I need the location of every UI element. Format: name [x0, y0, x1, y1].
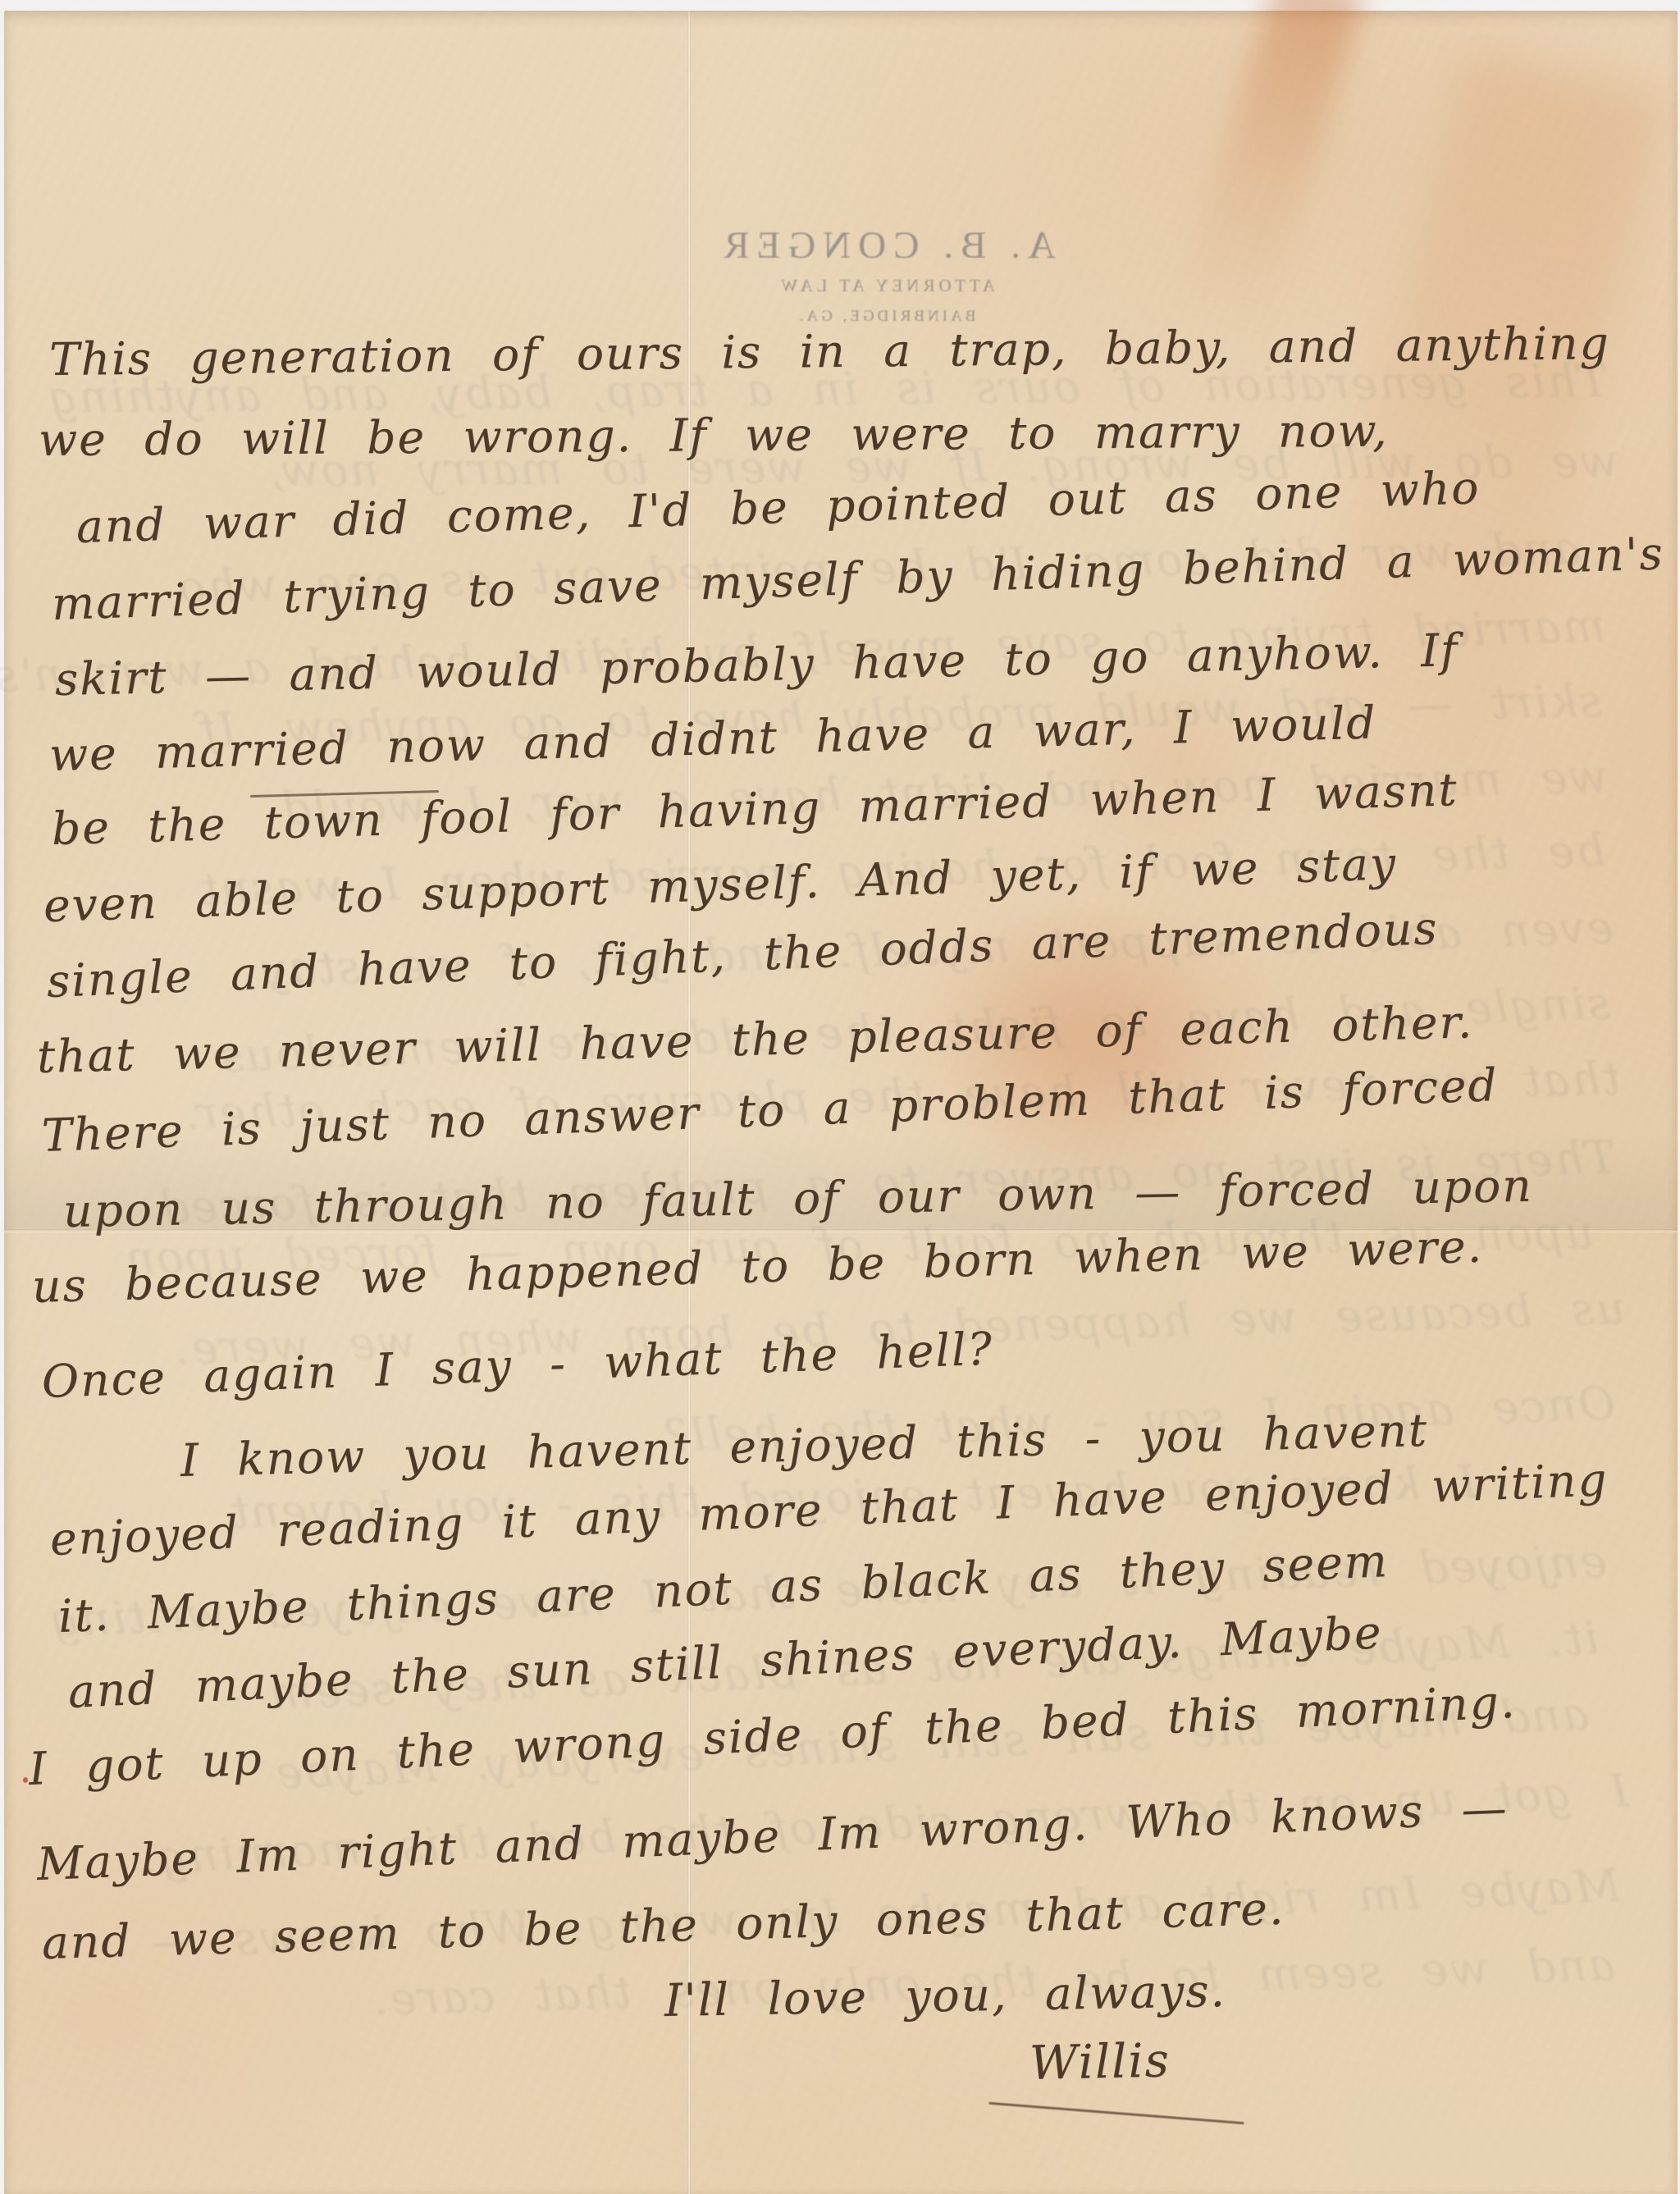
letterhead-title: ATTORNEY AT LAW — [701, 276, 1071, 296]
signature: Willis — [1029, 2033, 1171, 2091]
letter-paper: A. B. CONGER ATTORNEY AT LAW BAINBRIDGE,… — [4, 11, 1678, 2194]
scan-background: A. B. CONGER ATTORNEY AT LAW BAINBRIDGE,… — [0, 0, 1680, 2194]
letterhead-bleedthrough: A. B. CONGER ATTORNEY AT LAW BAINBRIDGE,… — [701, 213, 1071, 326]
letter-closing: I'll love you, always. — [664, 1964, 1226, 2027]
ink-speck — [23, 1777, 28, 1783]
letterhead-name: A. B. CONGER — [701, 225, 1071, 266]
letter-line: we do will be wrong. If we were to marry… — [39, 405, 1389, 466]
